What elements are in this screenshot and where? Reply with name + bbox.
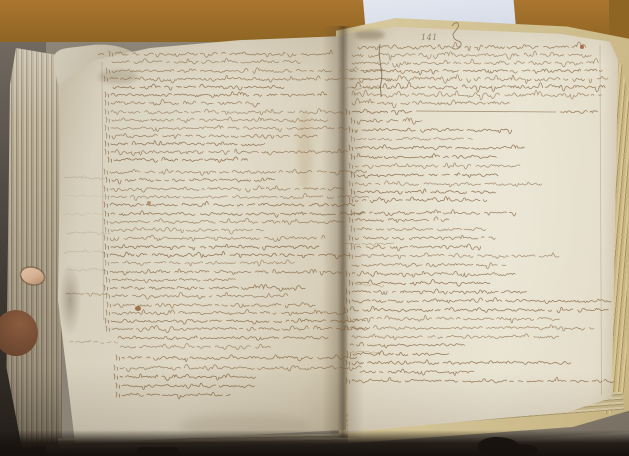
folio-number: 141 <box>421 33 438 42</box>
thumb-holding-page <box>0 244 68 352</box>
right-manuscript-page <box>342 24 624 438</box>
book-gutter <box>322 26 364 438</box>
left-manuscript-page <box>56 34 346 446</box>
manuscript-photo: 141 <box>0 0 629 456</box>
thumb-knuckle <box>0 310 38 356</box>
bottom-shadow <box>0 430 629 456</box>
